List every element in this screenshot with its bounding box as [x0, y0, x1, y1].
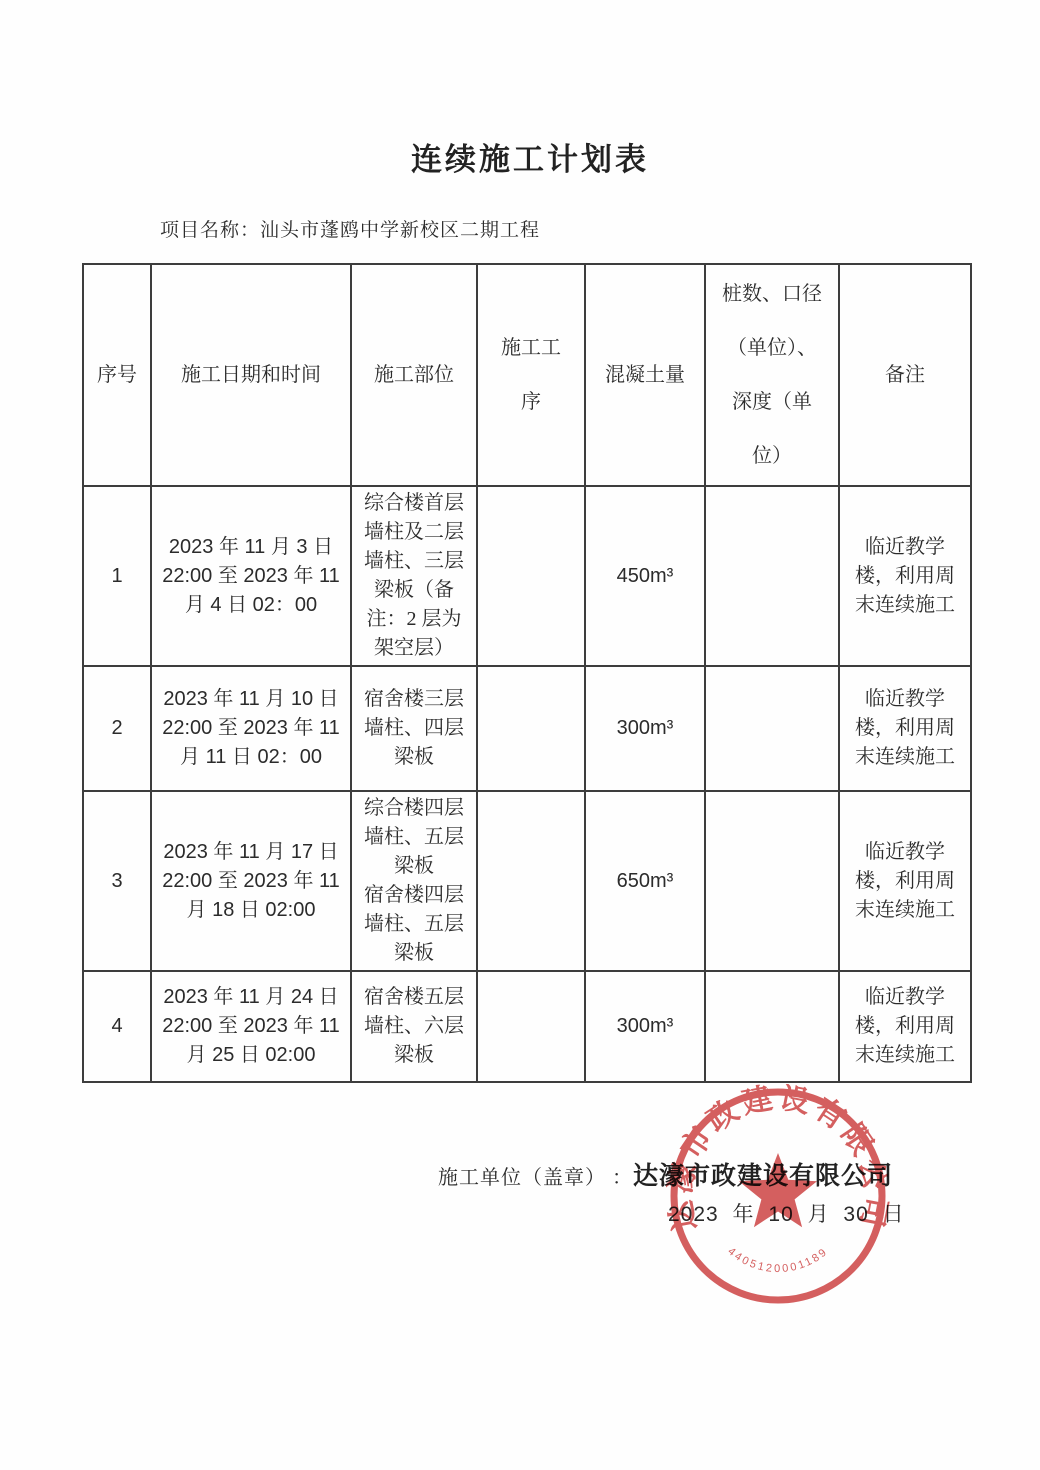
- cell-pile: [705, 486, 839, 666]
- document-page: 连续施工计划表 项目名称：汕头市蓬鸥中学新校区二期工程 序号 施工日期和时间 施…: [0, 0, 1040, 1470]
- cell-location: 宿舍楼五层墙柱、六层梁板: [351, 971, 477, 1082]
- cell-process: [477, 971, 585, 1082]
- header-location: 施工部位: [351, 264, 477, 486]
- project-name: 项目名称：汕头市蓬鸥中学新校区二期工程: [160, 215, 540, 242]
- header-seq-no: 序号: [83, 264, 151, 486]
- table-header-row: 序号 施工日期和时间 施工部位 施工工 序 混凝土量 桩数、口径 （单位）、 深…: [83, 264, 971, 486]
- cell-concrete-volume: 300m³: [585, 971, 705, 1082]
- table-row: 3 2023 年 11 月 17 日 22:00 至 2023 年 11 月 1…: [83, 791, 971, 971]
- cell-pile: [705, 791, 839, 971]
- cell-date-time: 2023 年 11 月 10 日 22:00 至 2023 年 11 月 11 …: [151, 666, 351, 791]
- cell-process: [477, 666, 585, 791]
- header-remarks: 备注: [839, 264, 971, 486]
- header-concrete-volume: 混凝土量: [585, 264, 705, 486]
- cell-process: [477, 791, 585, 971]
- cell-date-time: 2023 年 11 月 24 日 22:00 至 2023 年 11 月 25 …: [151, 971, 351, 1082]
- signature-label: 施工单位（盖章） ：: [438, 1167, 633, 1189]
- cell-seq-no: 4: [83, 971, 151, 1082]
- header-date-time: 施工日期和时间: [151, 264, 351, 486]
- cell-seq-no: 2: [83, 666, 151, 791]
- page-title: 连续施工计划表: [20, 134, 1040, 179]
- cell-remarks: 临近教学楼，利用周末连续施工: [839, 486, 971, 666]
- cell-pile: [705, 666, 839, 791]
- table-row: 4 2023 年 11 月 24 日 22:00 至 2023 年 11 月 2…: [83, 971, 971, 1082]
- company-seal-stamp: 达濠市政建设有限公司 4405120001189: [666, 1084, 890, 1308]
- cell-date-time: 2023 年 11 月 3 日 22:00 至 2023 年 11 月 4 日 …: [151, 486, 351, 666]
- cell-seq-no: 1: [83, 486, 151, 666]
- construction-schedule-table: 序号 施工日期和时间 施工部位 施工工 序 混凝土量 桩数、口径 （单位）、 深…: [82, 263, 972, 1083]
- cell-remarks: 临近教学楼，利用周末连续施工: [839, 666, 971, 791]
- cell-date-time: 2023 年 11 月 17 日 22:00 至 2023 年 11 月 18 …: [151, 791, 351, 971]
- cell-process: [477, 486, 585, 666]
- cell-remarks: 临近教学楼，利用周末连续施工: [839, 971, 971, 1082]
- cell-remarks: 临近教学楼，利用周末连续施工: [839, 791, 971, 971]
- cell-seq-no: 3: [83, 791, 151, 971]
- header-pile-diameter-depth: 桩数、口径 （单位）、 深度（单 位）: [705, 264, 839, 486]
- cell-concrete-volume: 450m³: [585, 486, 705, 666]
- cell-location: 综合楼四层墙柱、五层梁板 宿舍楼四层墙柱、五层梁板: [351, 791, 477, 971]
- cell-location: 宿舍楼三层墙柱、四层梁板: [351, 666, 477, 791]
- table-row: 1 2023 年 11 月 3 日 22:00 至 2023 年 11 月 4 …: [83, 486, 971, 666]
- cell-concrete-volume: 650m³: [585, 791, 705, 971]
- cell-location: 综合楼首层墙柱及二层墙柱、三层梁板（备注：2 层为架空层）: [351, 486, 477, 666]
- table-row: 2 2023 年 11 月 10 日 22:00 至 2023 年 11 月 1…: [83, 666, 971, 791]
- cell-concrete-volume: 300m³: [585, 666, 705, 791]
- stamp-serial-number: 4405120001189: [725, 1245, 830, 1275]
- star-icon: [739, 1153, 817, 1227]
- cell-pile: [705, 971, 839, 1082]
- header-process: 施工工 序: [477, 264, 585, 486]
